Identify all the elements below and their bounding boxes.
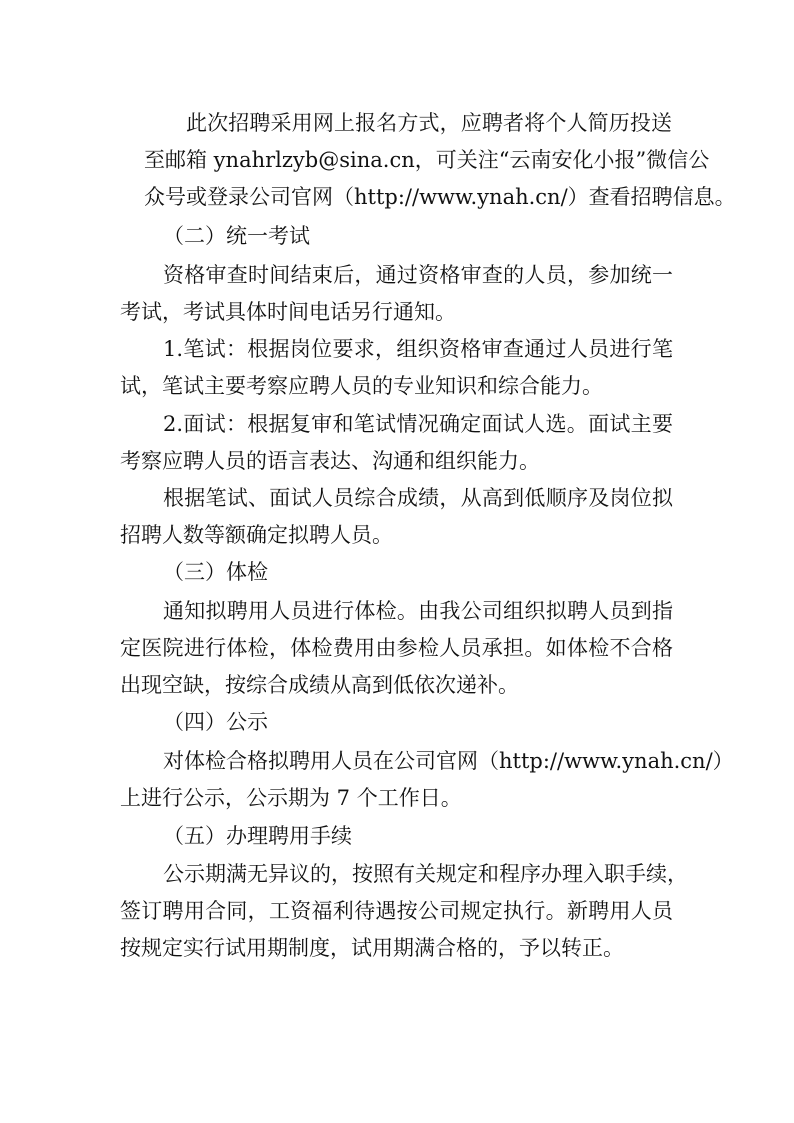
paragraph-medical-line-3: 出现空缺，按综合成绩从高到低依次递补。	[120, 670, 673, 700]
paragraph-1-line-1: 此次招聘采用网上报名方式，应聘者将个人简历投送	[186, 108, 672, 138]
section-heading-employment: （五）办理聘用手续	[163, 821, 463, 851]
document-page: 此次招聘采用网上报名方式，应聘者将个人简历投送 至邮箱 ynahrlzyb@si…	[0, 0, 794, 1123]
paragraph-publicity-line-1: 对体检合格拟聘用人员在公司官网（http://www.ynah.cn/）	[163, 746, 693, 776]
paragraph-medical-line-1: 通知拟聘用人员进行体检。由我公司组织拟聘人员到指	[163, 596, 673, 626]
paragraph-1-line-3: 众号或登录公司官网（http://www.ynah.cn/）查看招聘信息。	[144, 182, 672, 212]
paragraph-written-exam-line-1: 1.笔试：根据岗位要求，组织资格审查通过人员进行笔	[163, 334, 673, 364]
section-heading-exam: （二）统一考试	[163, 221, 463, 251]
paragraph-1-line-2: 至邮箱 ynahrlzyb@sina.cn，可关注“云南安化小报”微信公	[144, 145, 672, 175]
paragraph-written-exam-line-2: 试，笔试主要考察应聘人员的专业知识和综合能力。	[120, 371, 673, 401]
paragraph-employment-line-3: 按规定实行试用期制度，试用期满合格的，予以转正。	[120, 933, 673, 963]
paragraph-2-line-1: 资格审查时间结束后，通过资格审查的人员，参加统一	[163, 260, 673, 290]
paragraph-interview-line-1: 2.面试：根据复审和笔试情况确定面试人选。面试主要	[163, 409, 673, 439]
paragraph-2-line-2: 考试，考试具体时间电话另行通知。	[120, 297, 673, 327]
paragraph-publicity-line-2: 上进行公示，公示期为 7 个工作日。	[120, 783, 673, 813]
section-heading-publicity: （四）公示	[163, 707, 463, 737]
paragraph-ranking-line-1: 根据笔试、面试人员综合成绩，从高到低顺序及岗位拟	[163, 483, 673, 513]
paragraph-employment-line-1: 公示期满无异议的，按照有关规定和程序办理入职手续，	[163, 859, 678, 889]
paragraph-medical-line-2: 定医院进行体检，体检费用由参检人员承担。如体检不合格	[120, 633, 673, 663]
section-heading-medical: （三）体检	[163, 557, 463, 587]
paragraph-ranking-line-2: 招聘人数等额确定拟聘人员。	[120, 520, 673, 550]
paragraph-interview-line-2: 考察应聘人员的语言表达、沟通和组织能力。	[120, 446, 673, 476]
paragraph-employment-line-2: 签订聘用合同，工资福利待遇按公司规定执行。新聘用人员	[120, 896, 673, 926]
